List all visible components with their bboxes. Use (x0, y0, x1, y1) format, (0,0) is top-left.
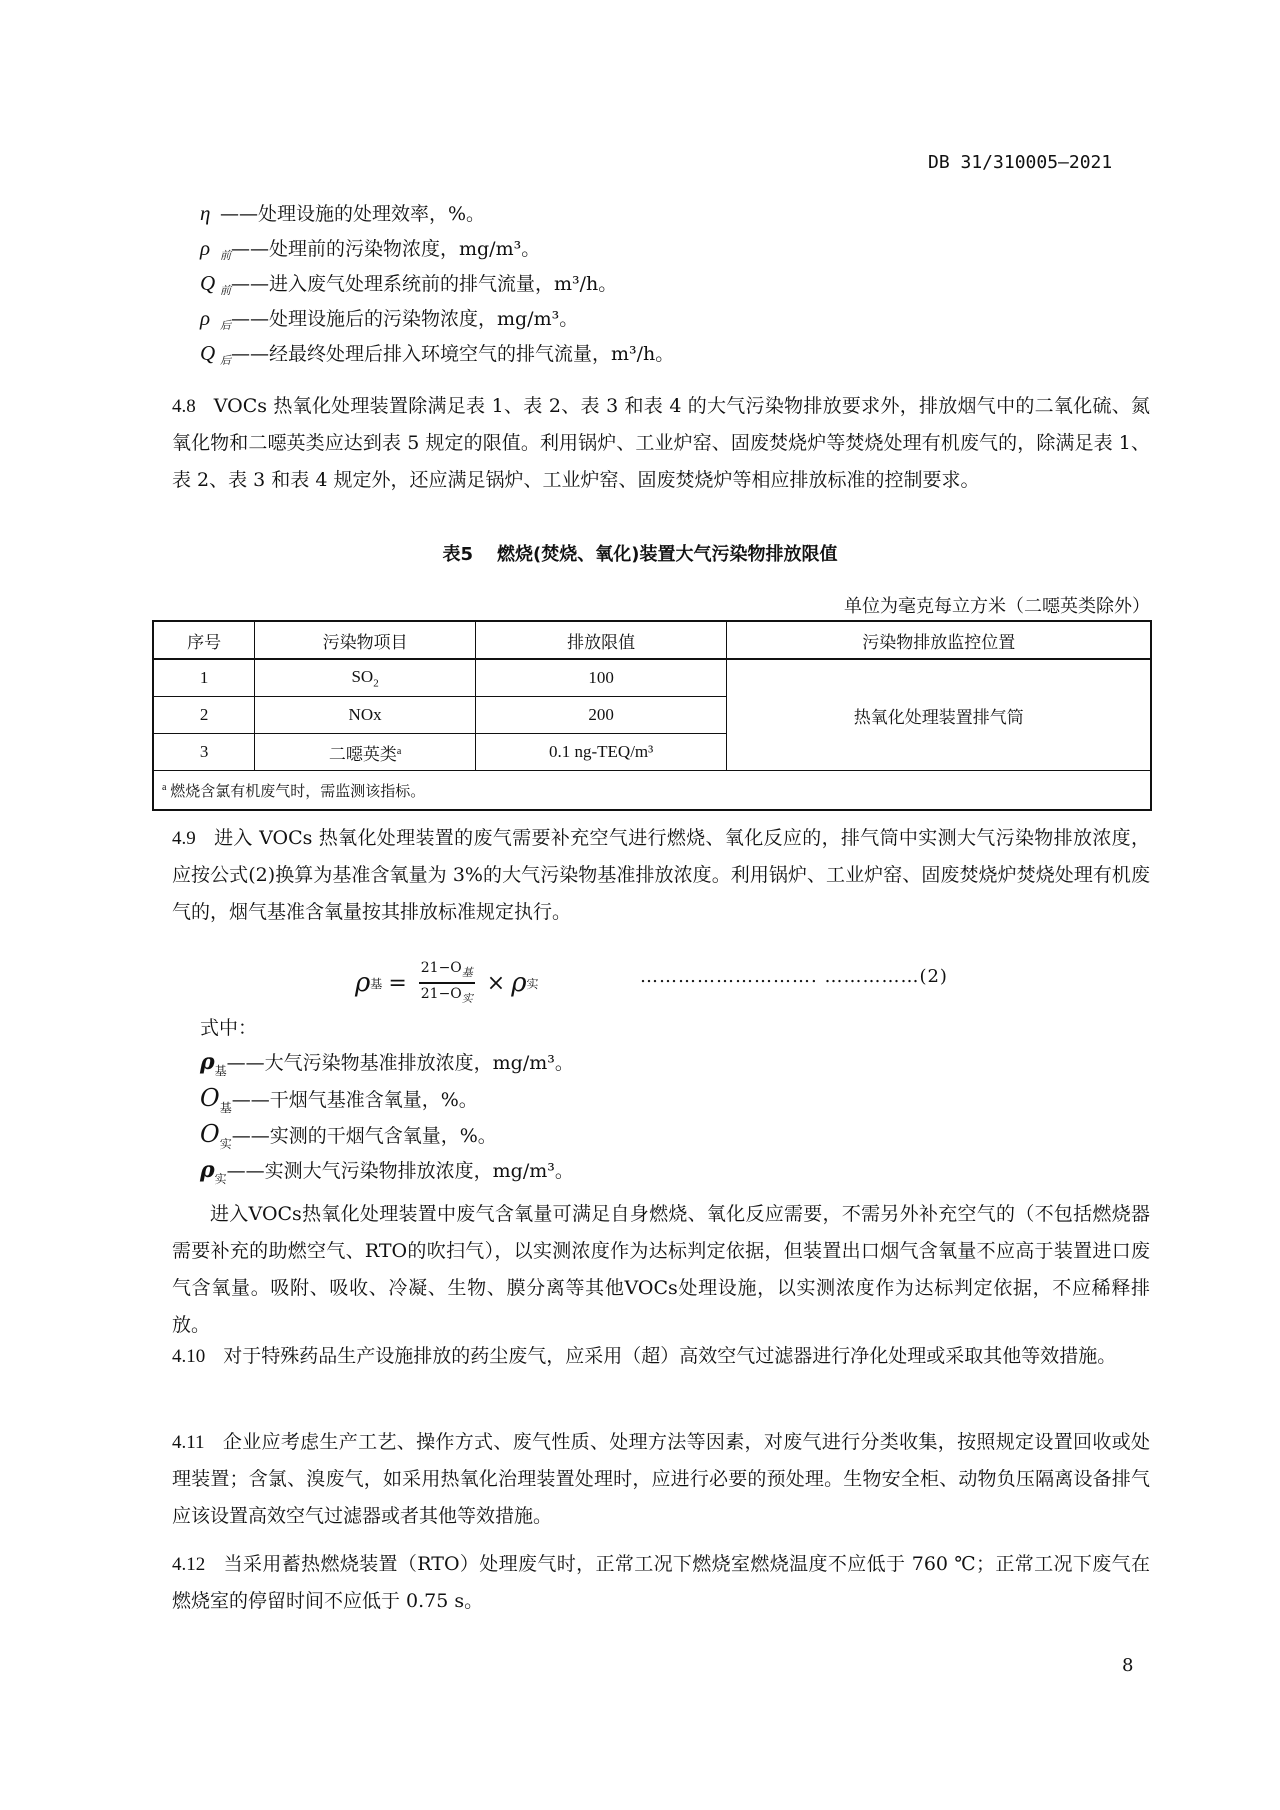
definition-text: ——实测的干烟气含氧量，%。 (232, 1125, 497, 1147)
table-title: 燃烧(焚烧、氧化)装置大气污染物排放限值 (497, 544, 837, 565)
definition-text: ——经最终处理后排入环境空气的排气流量，m³/h。 (231, 343, 674, 365)
subscript: 基 (462, 966, 473, 979)
symbol-q: Q (200, 340, 220, 366)
row-number: 1 (153, 659, 255, 697)
table-caption: 表5燃烧(焚烧、氧化)装置大气污染物排放限值 (0, 540, 1280, 566)
definition-rho-after: ρ后——处理设施后的污染物浓度，mg/m³。 (200, 305, 578, 339)
definition-q-after: Q后——经最终处理后排入环境空气的排气流量，m³/h。 (200, 340, 674, 374)
emission-limit: 100 (475, 659, 727, 697)
equation-number: ………………………. ……………(2) (640, 966, 948, 987)
column-header: 污染物排放监控位置 (727, 621, 1151, 659)
subscript: 实 (527, 975, 539, 992)
footnote-text: 燃烧含氯有机废气时，需监测该指标。 (170, 784, 425, 800)
subscript: 实 (220, 1137, 232, 1151)
fraction: 21−O基 21−O实 (419, 960, 475, 1006)
definition-text: ——处理前的污染物浓度，mg/m³。 (231, 238, 540, 260)
times-sign: × (487, 971, 505, 996)
subscript: 前 (220, 249, 231, 262)
symbol-rho: ρ (511, 968, 526, 998)
standard-number: DB 31/310005—2021 (928, 152, 1112, 173)
column-header: 排放限值 (475, 621, 727, 659)
pollutant-item: SO2 (255, 659, 476, 697)
definition-text: ——大气污染物基准排放浓度，mg/m³。 (227, 1052, 574, 1074)
pollutant-item: NOx (255, 697, 476, 734)
pollutant-name: 二噁英类 (329, 745, 397, 764)
definition-efficiency: η——处理设施的处理效率，%。 (200, 200, 485, 227)
clause-number: 4.11 (172, 1432, 205, 1453)
clause-4-12: 4.12当采用蓄热燃烧装置（RTO）处理废气时，正常工况下燃烧室燃烧温度不应低于… (172, 1546, 1150, 1620)
subscript: 基 (215, 1064, 227, 1078)
table-footnote-row: a 燃烧含氯有机废气时，需监测该指标。 (153, 771, 1151, 811)
definition-q-before: Q前——进入废气处理系统前的排气流量，m³/h。 (200, 270, 617, 304)
symbol-rho: ρ (200, 1157, 215, 1183)
emission-limit: 200 (475, 697, 727, 734)
clause-text: 进入 VOCs 热氧化处理装置的废气需要补充空气进行燃烧、氧化反应的，排气筒中实… (172, 827, 1150, 923)
subscript: 后 (220, 354, 231, 367)
symbol-rho: ρ (200, 1049, 215, 1075)
emission-limit-table: 序号 污染物项目 排放限值 污染物排放监控位置 1 SO2 100 热氧化处理装… (152, 620, 1152, 811)
subscript: 基 (370, 975, 382, 992)
pollutant-name: SO (351, 667, 373, 686)
where-definition: ρ基——大气污染物基准排放浓度，mg/m³。 (200, 1046, 574, 1087)
definition-text: ——进入废气处理系统前的排气流量，m³/h。 (231, 273, 617, 295)
symbol-rho: ρ (200, 235, 220, 261)
clause-text: VOCs 热氧化处理装置除满足表 1、表 2、表 3 和表 4 的大气污染物排放… (172, 395, 1150, 491)
symbol-rho: ρ (355, 968, 370, 998)
pollutant-item: 二噁英类a (255, 734, 476, 771)
definition-text: ——处理设施后的污染物浓度，mg/m³。 (231, 308, 578, 330)
clause-text: 企业应考虑生产工艺、操作方式、废气性质、处理方法等因素，对废气进行分类收集，按照… (172, 1431, 1150, 1527)
pollutant-subscript: 2 (373, 677, 379, 689)
subscript: 实 (215, 1172, 227, 1186)
where-definition: ρ实——实测大气污染物排放浓度，mg/m³。 (200, 1154, 574, 1195)
column-header: 污染物项目 (255, 621, 476, 659)
formula-2: ρ基 = 21−O基 21−O实 × ρ实 (355, 948, 539, 1018)
symbol-o: O (200, 1084, 220, 1112)
table-header-row: 序号 污染物项目 排放限值 污染物排放监控位置 (153, 621, 1151, 659)
clause-number: 4.12 (172, 1554, 205, 1575)
equals-sign: = (388, 971, 406, 996)
clause-4-9: 4.9进入 VOCs 热氧化处理装置的废气需要补充空气进行燃烧、氧化反应的，排气… (172, 820, 1150, 931)
table-footnote: a 燃烧含氯有机废气时，需监测该指标。 (153, 771, 1151, 811)
clause-number: 4.9 (172, 828, 196, 849)
numerator-text: 21−O (421, 960, 462, 976)
footnote-marker: a (162, 782, 166, 793)
row-number: 2 (153, 697, 255, 734)
clause-4-10: 4.10对于特殊药品生产设施排放的药尘废气，应采用（超）高效空气过滤器进行净化处… (172, 1338, 1150, 1375)
denominator-text: 21−O (421, 986, 462, 1002)
row-number: 3 (153, 734, 255, 771)
symbol-o: O (200, 1120, 220, 1148)
column-header: 序号 (153, 621, 255, 659)
denominator: 21−O实 (421, 984, 473, 1006)
paragraph-no-dilution: 进入VOCs热氧化处理装置中废气含氧量可满足自身燃烧、氧化反应需要，不需另外补充… (172, 1196, 1150, 1344)
monitor-location: 热氧化处理装置排气筒 (727, 659, 1151, 771)
subscript: 前 (220, 284, 231, 297)
clause-number: 4.10 (172, 1346, 205, 1367)
definition-text: ——处理设施的处理效率，%。 (220, 203, 485, 225)
clause-number: 4.8 (172, 396, 196, 417)
table-row: 1 SO2 100 热氧化处理装置排气筒 (153, 659, 1151, 697)
definition-text: ——实测大气污染物排放浓度，mg/m³。 (227, 1160, 574, 1182)
symbol-eta: η (200, 200, 220, 226)
subscript: 实 (462, 992, 473, 1005)
symbol-q: Q (200, 270, 220, 296)
table-unit-note: 单位为毫克每立方米（二噁英类除外） (844, 592, 1150, 618)
definition-rho-before: ρ前——处理前的污染物浓度，mg/m³。 (200, 235, 540, 269)
numerator: 21−O基 (419, 960, 475, 984)
subscript: 后 (220, 319, 231, 332)
footnote-marker: a (397, 746, 401, 757)
clause-4-8: 4.8VOCs 热氧化处理装置除满足表 1、表 2、表 3 和表 4 的大气污染… (172, 388, 1150, 499)
emission-limit: 0.1 ng-TEQ/m³ (475, 734, 727, 771)
subscript: 基 (220, 1101, 232, 1115)
definition-text: ——干烟气基准含氧量，%。 (232, 1089, 478, 1111)
clause-text: 当采用蓄热燃烧装置（RTO）处理废气时，正常工况下燃烧室燃烧温度不应低于 760… (172, 1553, 1150, 1612)
clause-4-11: 4.11企业应考虑生产工艺、操作方式、废气性质、处理方法等因素，对废气进行分类收… (172, 1424, 1150, 1535)
symbol-rho: ρ (200, 305, 220, 331)
page-number: 8 (1122, 1655, 1133, 1676)
where-label: 式中： (200, 1012, 257, 1044)
clause-text: 对于特殊药品生产设施排放的药尘废气，应采用（超）高效空气过滤器进行净化处理或采取… (223, 1345, 1116, 1367)
table-number: 表5 (443, 544, 474, 565)
